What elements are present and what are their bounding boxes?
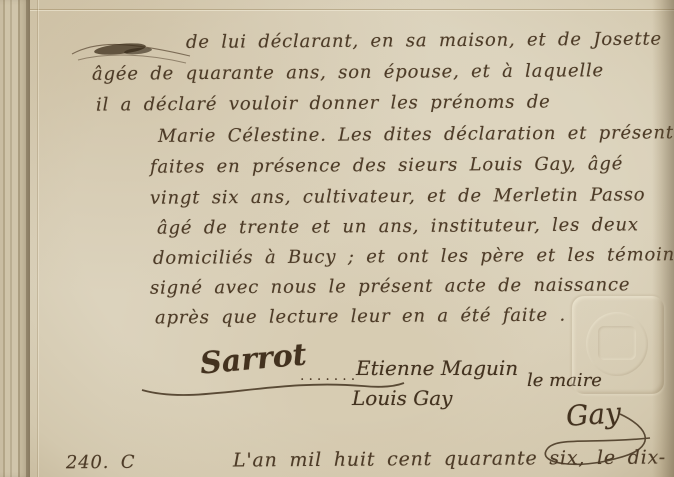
- manuscript-line-6: vingt six ans, cultivateur, et de Merlet…: [150, 184, 646, 208]
- signature-declarant-dots: ·······: [300, 372, 359, 388]
- margin-entry-number: 240. C: [66, 452, 136, 473]
- manuscript-line-1: de lui déclarant, en sa maison, et de Jo…: [186, 28, 674, 53]
- book-binding-edge: [0, 0, 30, 477]
- signature-witness-etienne-maguin: Etienne Maguin: [356, 356, 518, 380]
- manuscript-line-3: il a déclaré vouloir donner les prénoms …: [96, 91, 551, 115]
- manuscript-line-8: domiciliés à Bucy ; et ont les père et l…: [153, 244, 674, 269]
- manuscript-line-10: après que lecture leur en a été faite .: [155, 305, 566, 329]
- page-curve-shadow: [652, 0, 674, 477]
- register-page-scan: de lui déclarant, en sa maison, et de Jo…: [0, 0, 674, 477]
- manuscript-line-5: faites en présence des sieurs Louis Gay,…: [150, 153, 623, 177]
- embossed-frame-line-vertical: [37, 0, 38, 477]
- embossed-seal: [572, 296, 664, 394]
- manuscript-line-2: âgée de quarante ans, son épouse, et à l…: [92, 60, 604, 85]
- signature-mayor-gay: Gay: [565, 396, 622, 433]
- manuscript-line-4: Marie Célestine. Les dites déclaration e…: [158, 122, 674, 147]
- embossed-frame-line-horizontal: [30, 9, 674, 10]
- manuscript-line-7: âgé de trente et un ans, instituteur, le…: [157, 214, 639, 238]
- signature-witness-louis-gay: Louis Gay: [352, 386, 452, 410]
- manuscript-line-9: signé avec nous le présent acte de naiss…: [150, 274, 630, 298]
- next-entry-opening-line: L'an mil huit cent quarante six, le dix-: [233, 446, 666, 471]
